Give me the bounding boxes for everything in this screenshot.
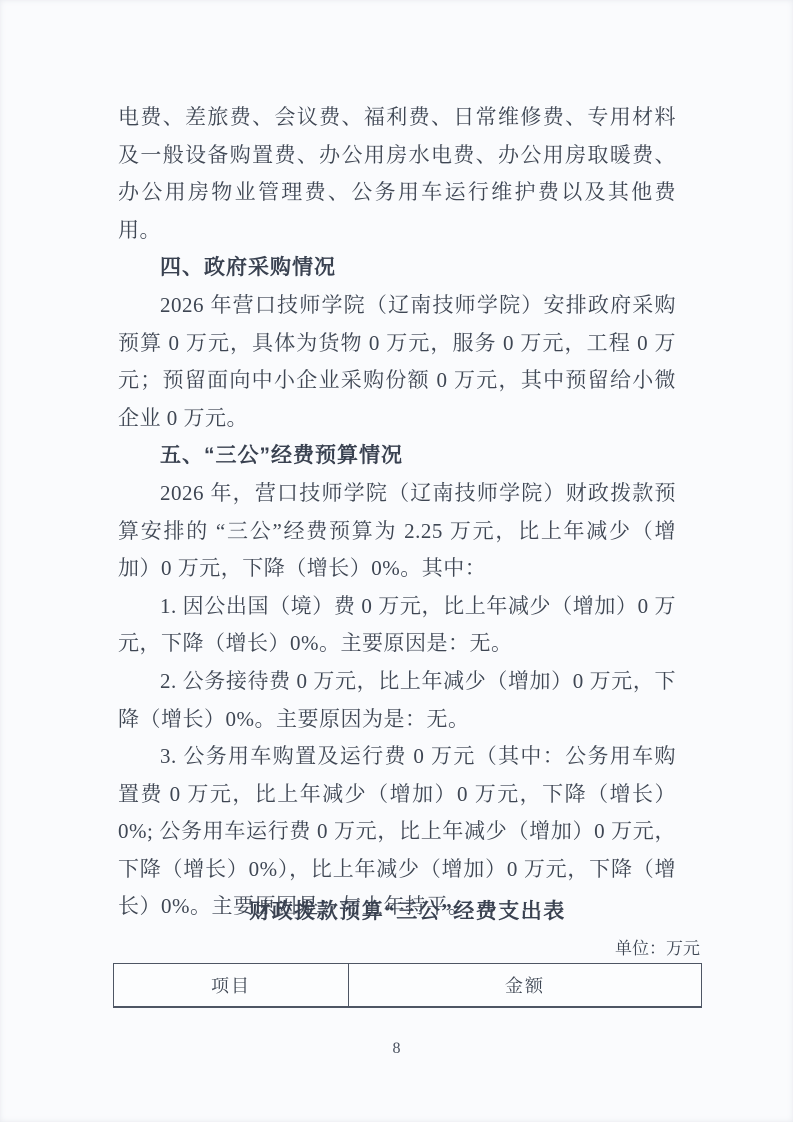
document-page: 电费、差旅费、会议费、福利费、日常维修费、专用材料及一般设备购置费、办公用房水电…	[0, 0, 793, 1122]
paragraph-item-2-official-reception: 2. 公务接待费 0 万元，比上年减少（增加）0 万元，下降（增长）0%。主要原…	[118, 663, 676, 738]
table-header-amount: 金额	[349, 964, 702, 1008]
page-number: 8	[0, 1040, 793, 1058]
document-text-body: 电费、差旅费、会议费、福利费、日常维修费、专用材料及一般设备购置费、办公用房水电…	[118, 99, 676, 926]
paragraph-sangong-overview: 2026 年，营口技师学院（辽南技师学院）财政拨款预算安排的 “三公”经费预算为…	[118, 475, 676, 588]
section-heading-sangong-budget: 五、“三公”经费预算情况	[118, 437, 676, 475]
paragraph-expenses-continuation: 电费、差旅费、会议费、福利费、日常维修费、专用材料及一般设备购置费、办公用房水电…	[118, 99, 676, 249]
table-title: 财政拨款预算“三公”经费支出表	[113, 896, 702, 926]
section-heading-government-procurement: 四、政府采购情况	[118, 249, 676, 287]
table-header-item: 项目	[114, 964, 349, 1008]
paragraph-procurement-budget: 2026 年营口技师学院（辽南技师学院）安排政府采购预算 0 万元，具体为货物 …	[118, 287, 676, 437]
sangong-table-section: 财政拨款预算“三公”经费支出表 单位：万元 项目 金额	[113, 896, 702, 1008]
table-unit-label: 单位：万元	[113, 938, 702, 960]
table-header-row: 项目 金额	[114, 964, 702, 1008]
sangong-expense-table: 项目 金额	[113, 963, 702, 1008]
paragraph-item-1-overseas-travel: 1. 因公出国（境）费 0 万元，比上年减少（增加）0 万元，下降（增长）0%。…	[118, 588, 676, 663]
